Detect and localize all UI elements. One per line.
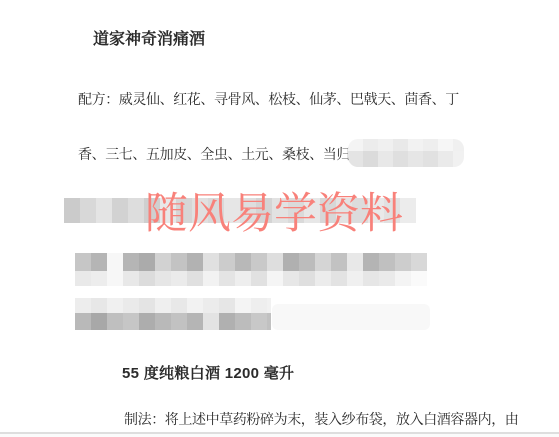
document-title: 道家神奇消痛酒 xyxy=(93,30,205,49)
redacted-ingredient-blur xyxy=(348,139,464,167)
redacted-paragraph-blur-2 xyxy=(75,298,271,330)
faint-blur-strip xyxy=(272,304,430,330)
watermark-text: 随风易学资料 xyxy=(145,189,403,239)
alcohol-line: 55 度纯粮白酒 1200 毫升 xyxy=(122,364,294,383)
method-line: 制法：将上述中草药粉碎为末，装入纱布袋，放入白酒容器内，由 xyxy=(124,410,518,429)
redacted-paragraph-blur-1 xyxy=(75,253,427,286)
recipe-line-1: 配方：威灵仙、红花、寻骨风、松枝、仙茅、巴戟天、茴香、丁 xyxy=(78,90,459,109)
document-page: 道家神奇消痛酒 配方：威灵仙、红花、寻骨风、松枝、仙茅、巴戟天、茴香、丁 香、三… xyxy=(0,0,559,437)
recipe-line-2: 香、三七、五加皮、全虫、土元、桑枝、当归、 xyxy=(78,145,364,164)
